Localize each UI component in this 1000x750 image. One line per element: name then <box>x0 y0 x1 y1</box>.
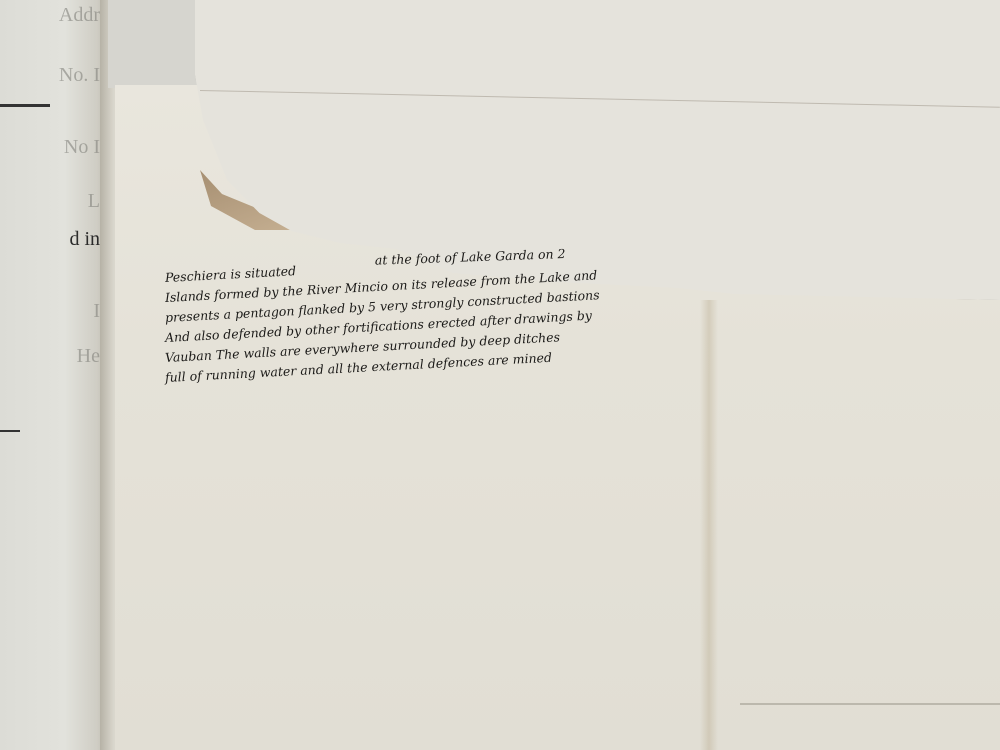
printed-fragment: No I <box>64 136 100 159</box>
printed-fragment: L <box>88 190 100 213</box>
printed-fragment: d in <box>69 228 100 251</box>
printed-rule <box>0 430 20 432</box>
printed-fragment: I <box>93 300 100 323</box>
printed-fragment: Addr <box>59 4 100 27</box>
printed-fragment: No. I <box>59 64 100 87</box>
left-facing-page: Addr No. I No I L d in I He <box>0 0 108 750</box>
underlying-page-strip <box>108 0 203 88</box>
paper-fold <box>740 703 1000 705</box>
handwritten-note: at the foot of Lake Garda on 2 Peschiera… <box>165 258 725 388</box>
printed-fragment: He <box>77 345 100 368</box>
printed-rule <box>0 104 50 107</box>
